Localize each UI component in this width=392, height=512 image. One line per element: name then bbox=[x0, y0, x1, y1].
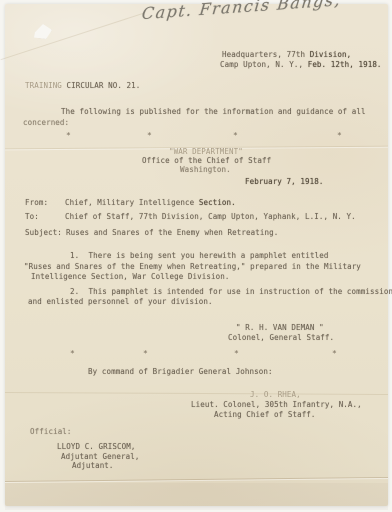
official-line3: Adjutant. bbox=[72, 461, 114, 471]
letterhead-line2: Camp Upton, N. Y., Feb. 12th, 1918. bbox=[220, 60, 382, 70]
circular-title: TRAINING CIRCULAR NO. 21. bbox=[25, 81, 140, 91]
from-label: From: bbox=[25, 198, 48, 208]
official-name: LLOYD C. GRISCOM, bbox=[57, 442, 135, 452]
asterisk: * bbox=[233, 131, 238, 140]
asterisk: * bbox=[147, 131, 152, 140]
to-label: To: bbox=[25, 212, 39, 222]
command-line: By command of Brigadier General Johnson: bbox=[88, 367, 273, 377]
letterhead-line2-text: Camp Upton, N. Y., bbox=[220, 60, 308, 69]
signature2-line3: Acting Chief of Staff. bbox=[214, 410, 316, 420]
circular-title-faded: TRAINING bbox=[25, 81, 62, 90]
bottom-shade bbox=[5, 483, 388, 510]
subject-label: Subject: bbox=[25, 228, 62, 238]
asterisk: * bbox=[234, 349, 239, 358]
para1-line2: "Ruses and Snares of the Enemy when Retr… bbox=[24, 262, 361, 272]
intro-line1: The following is published for the infor… bbox=[61, 107, 366, 117]
intro-line2: concerned: bbox=[23, 118, 69, 128]
para2-line2: and enlisted personnel of your division. bbox=[28, 297, 213, 307]
letterhead-line1-text: Headquarters, 77th bbox=[222, 50, 310, 59]
para1-line3: Intelligence Section, War College Divisi… bbox=[31, 272, 229, 282]
para1-line1: 1. There is being sent you herewith a pa… bbox=[70, 251, 328, 261]
from-value: Chief, Military Intelligence Section. bbox=[65, 198, 236, 208]
asterisk: * bbox=[143, 349, 148, 358]
asterisk: * bbox=[332, 349, 337, 358]
from-value-text: Chief, Military Intelligence bbox=[65, 198, 199, 207]
letterhead-line1-bold: Division, bbox=[310, 50, 352, 59]
official-label: Official: bbox=[30, 427, 72, 437]
dept-date: February 7, 1918. bbox=[245, 177, 323, 187]
to-value: Chief of Staff, 77th Division, Camp Upto… bbox=[65, 212, 356, 222]
signature2-line2: Lieut. Colonel, 305th Infantry, N.A., bbox=[191, 400, 362, 410]
scanned-document: Capt. Francis Bangs, Headquarters, 77th … bbox=[0, 0, 392, 512]
paper-tear bbox=[32, 24, 52, 39]
signature2-name: J. O. RHEA, bbox=[250, 390, 301, 400]
asterisk: * bbox=[70, 349, 75, 358]
asterisk: * bbox=[337, 131, 342, 140]
subject-value: Ruses and Snares of the Enemy when Retre… bbox=[66, 228, 278, 238]
letterhead-line2-bold: Feb. 12th, 1918. bbox=[308, 60, 382, 69]
handwritten-annotation: Capt. Francis Bangs, bbox=[141, 0, 342, 23]
paper-sheet: Capt. Francis Bangs, Headquarters, 77th … bbox=[5, 4, 388, 506]
crease-horizontal-middle bbox=[5, 392, 388, 395]
circular-title-rest: CIRCULAR NO. 21. bbox=[62, 81, 140, 90]
from-value-bold: Section. bbox=[199, 198, 236, 207]
para2-line1: 2. This pamphlet is intended for use in … bbox=[70, 287, 392, 297]
letterhead-line1: Headquarters, 77th Division, bbox=[222, 50, 351, 60]
signature1-name: " R. H. VAN DEMAN " bbox=[236, 323, 324, 333]
crease-diagonal-topleft bbox=[1, 13, 144, 60]
asterisk: * bbox=[66, 131, 71, 140]
dept-city: Washington. bbox=[180, 165, 231, 175]
signature1-title: Colonel, General Staff. bbox=[228, 333, 334, 343]
